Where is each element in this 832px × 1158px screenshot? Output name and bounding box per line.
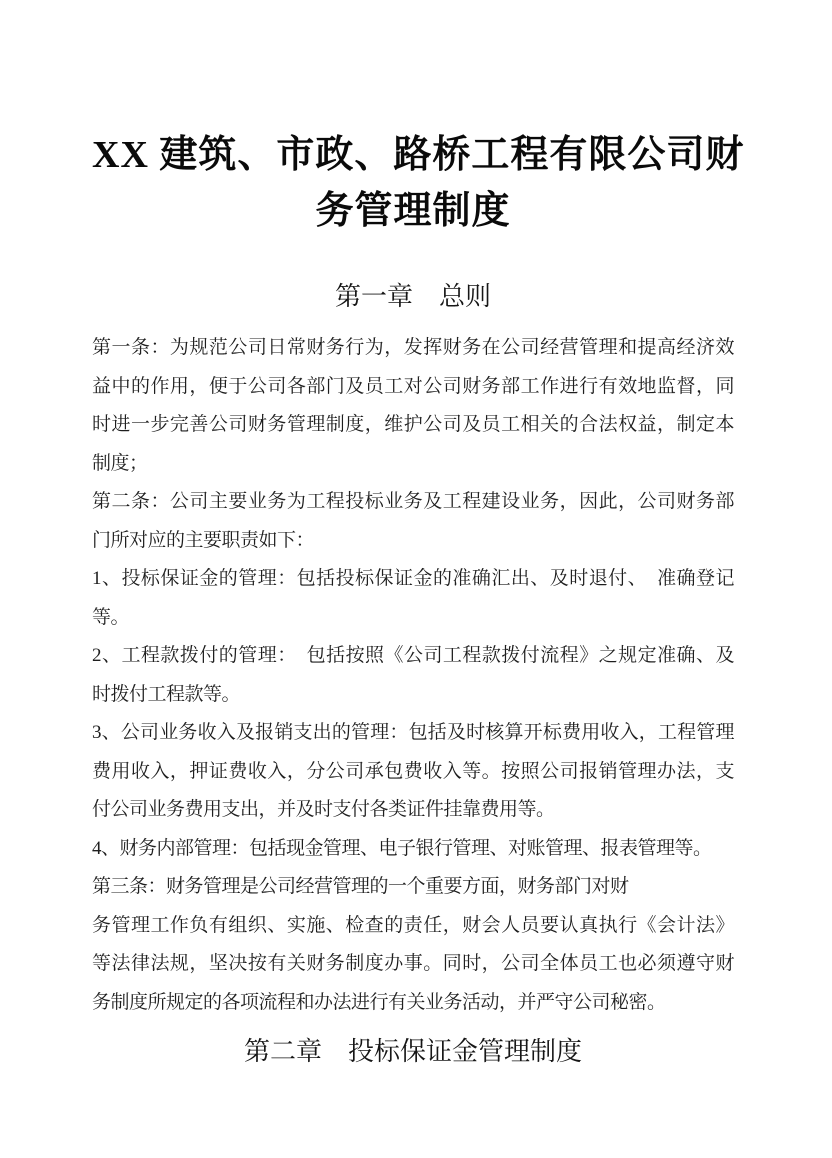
body-line-13: 付公司业务费用支出，并及时支付各类证件挂靠费用等。 [92, 791, 734, 830]
body-line-8: 等。 [92, 599, 734, 638]
body-line-5: 第二条：公司主要业务为工程投标业务及工程建设业务，因此，公司财务部 [92, 483, 734, 522]
body-line-18: 务制度所规定的各项流程和办法进行有关业务活动，并严守公司秘密。 [92, 984, 734, 1023]
body-line-2: 益中的作用，便于公司各部门及员工对公司财务部工作进行有效地监督，同 [92, 368, 734, 407]
document-title: XX 建筑、市政、路桥工程有限公司财 务管理制度 [92, 127, 734, 239]
title-line-1: XX 建筑、市政、路桥工程有限公司财 [92, 127, 734, 183]
body-line-1: 第一条：为规范公司日常财务行为，发挥财务在公司经营管理和提高经济效 [92, 329, 734, 368]
chapter-2-heading: 第二章 投标保证金管理制度 [92, 1032, 734, 1072]
body-line-12: 费用收入，押证费收入，分公司承包费收入等。按照公司报销管理办法，支 [92, 753, 734, 792]
body-line-11: 3、公司业务收入及报销支出的管理：包括及时核算开标费用收入，工程管理 [92, 714, 734, 753]
body-line-15: 第三条：财务管理是公司经营管理的一个重要方面，财务部门对财 [92, 868, 734, 907]
chapter-1-heading: 第一章 总则 [92, 277, 734, 317]
title-line-2: 务管理制度 [92, 183, 734, 239]
body-line-10: 时拨付工程款等。 [92, 676, 734, 715]
document-page: XX 建筑、市政、路桥工程有限公司财 务管理制度 第一章 总则 第一条：为规范公… [0, 0, 832, 1158]
body-line-9: 2、工程款拨付的管理： 包括按照《公司工程款拨付流程》之规定准确、及 [92, 637, 734, 676]
body-line-17: 等法律法规，坚决按有关财务制度办事。同时，公司全体员工也必须遵守财 [92, 945, 734, 984]
body-line-6: 门所对应的主要职责如下： [92, 522, 734, 561]
body-line-16: 务管理工作负有组织、实施、检查的责任，财会人员要认真执行《会计法》 [92, 907, 734, 946]
body-line-14: 4、财务内部管理：包括现金管理、电子银行管理、对账管理、报表管理等。 [92, 830, 734, 869]
body-line-4: 制度； [92, 445, 734, 484]
body-line-3: 时进一步完善公司财务管理制度，维护公司及员工相关的合法权益，制定本 [92, 406, 734, 445]
document-body: 第一条：为规范公司日常财务行为，发挥财务在公司经营管理和提高经济效 益中的作用，… [92, 329, 734, 1022]
body-line-7: 1、投标保证金的管理：包括投标保证金的准确汇出、及时退付、 准确登记 [92, 560, 734, 599]
